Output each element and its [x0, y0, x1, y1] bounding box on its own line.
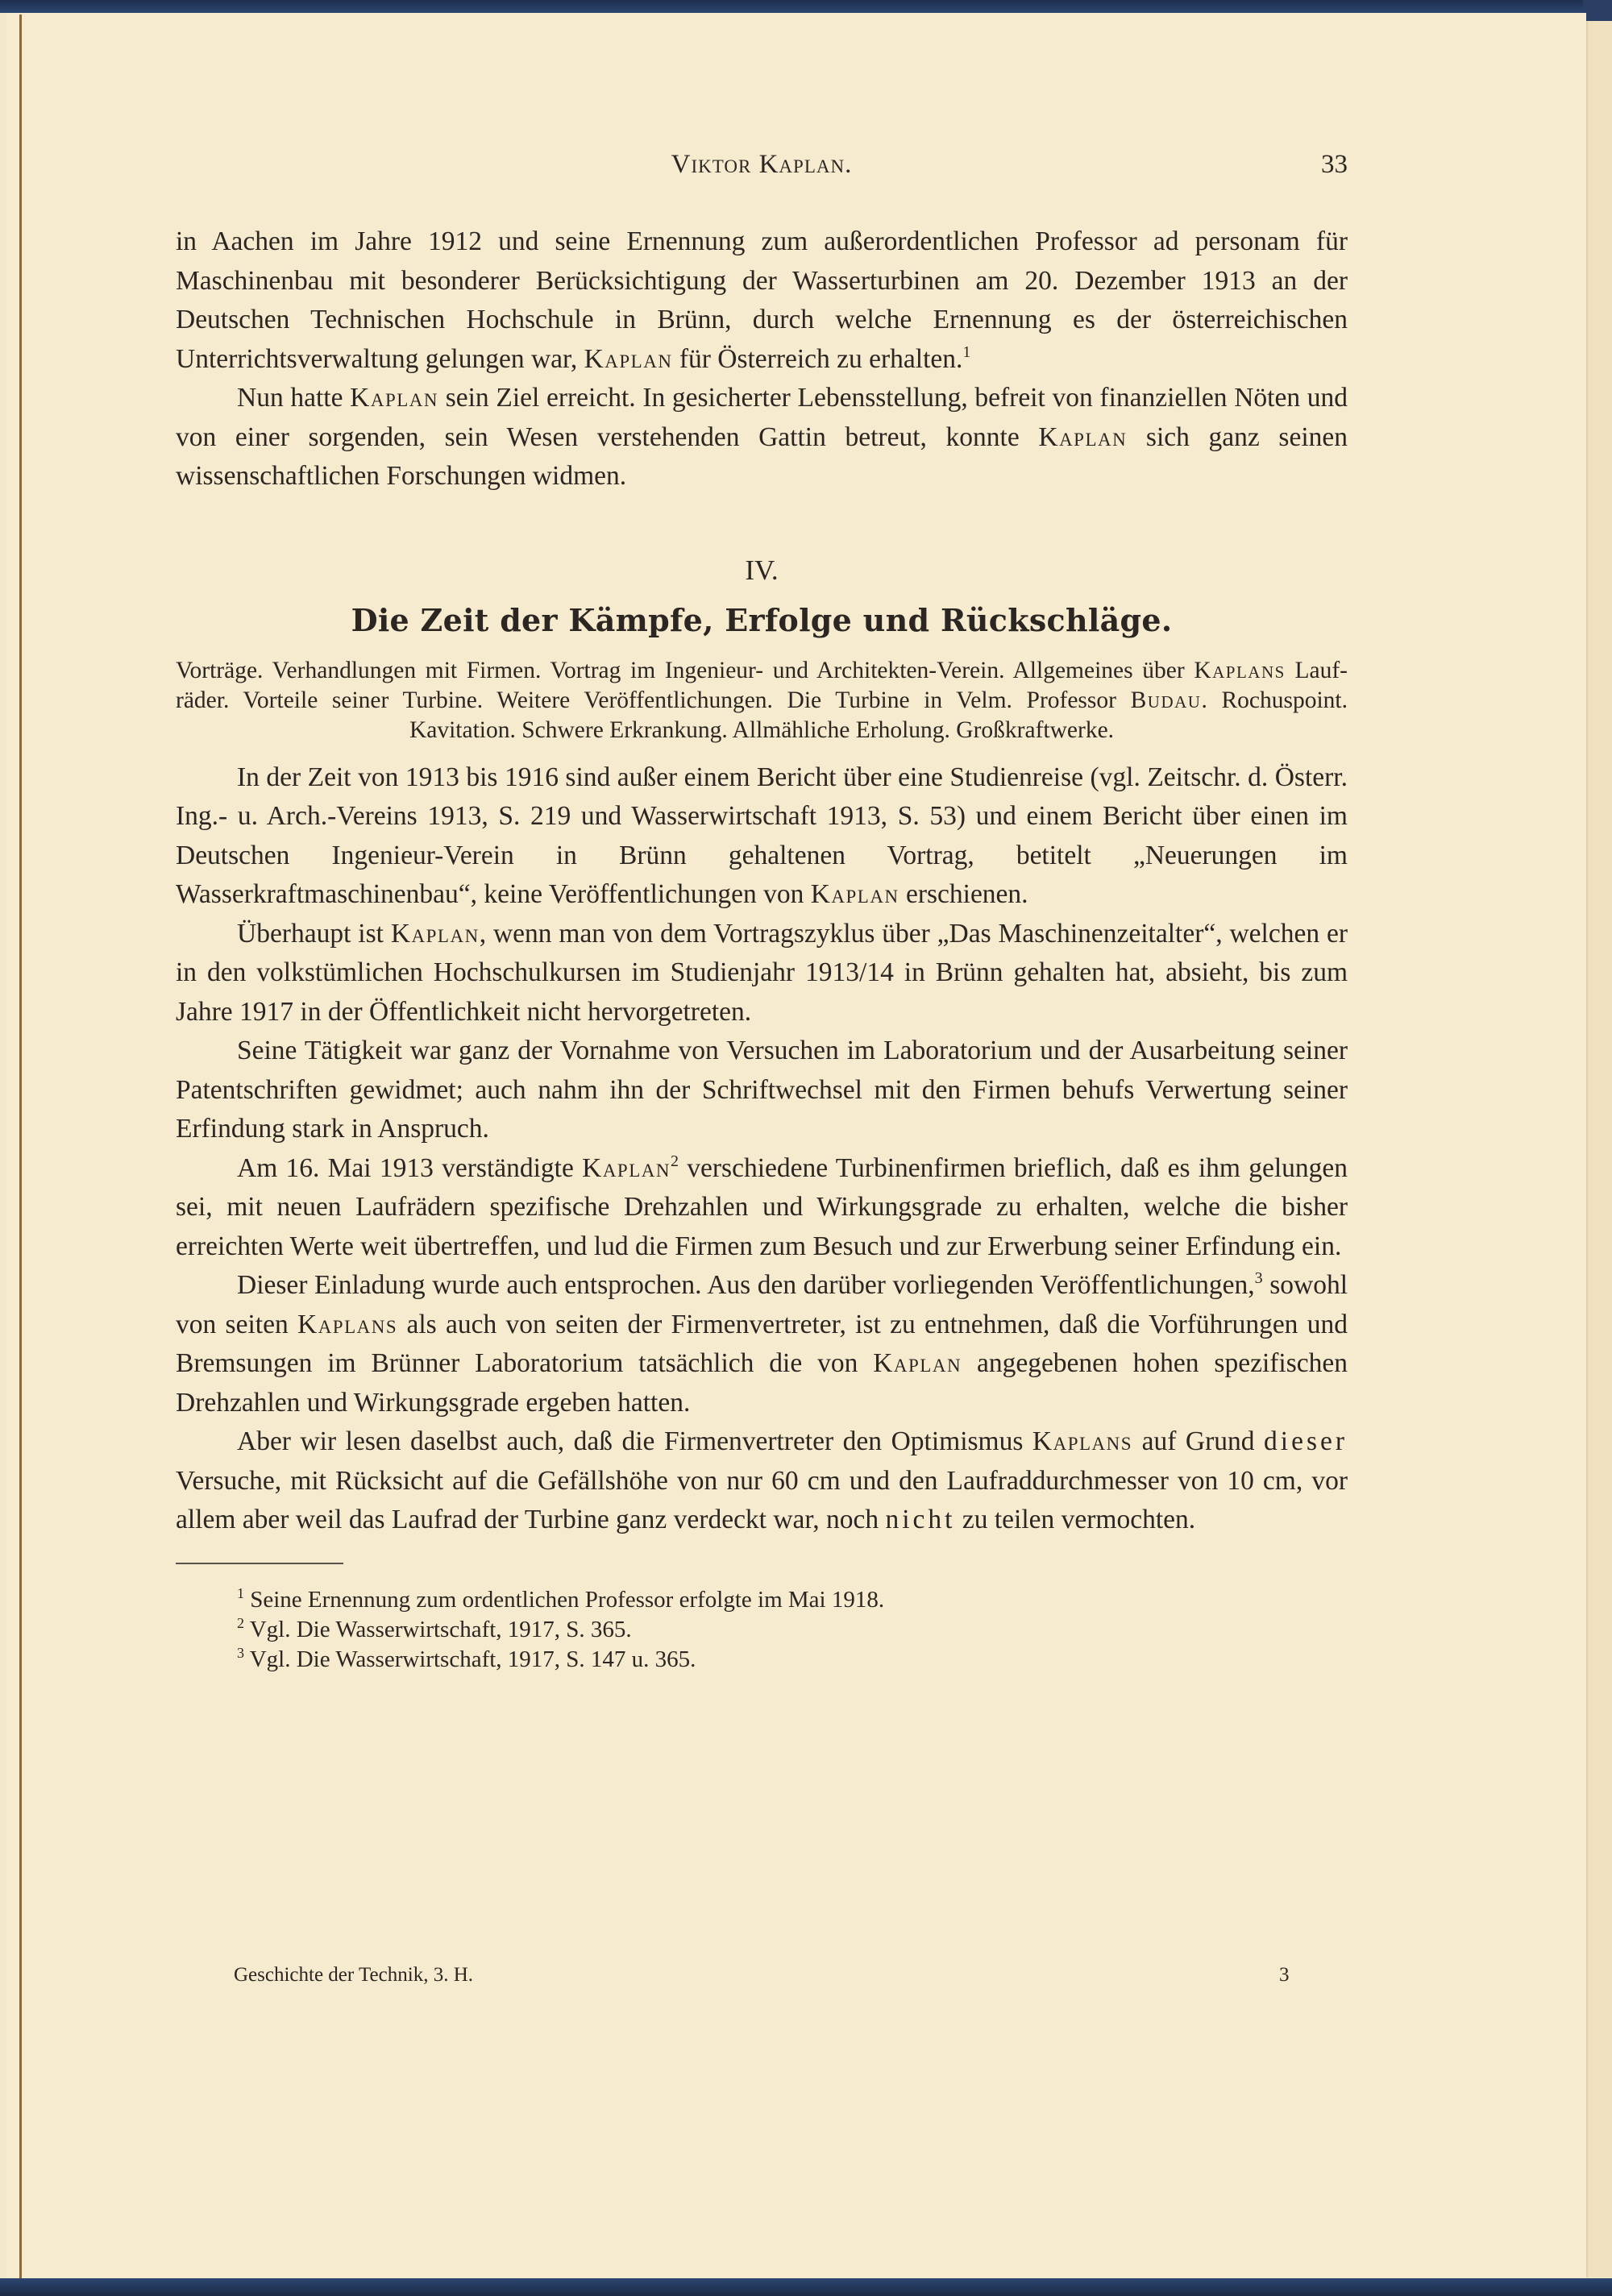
section-number: IV. — [176, 551, 1348, 590]
text-run: erschienen. — [899, 879, 1028, 909]
book-cover-bottom-edge — [0, 2278, 1612, 2296]
footnote-text: Seine Ernennung zum ordentlichen Profess… — [244, 1587, 884, 1613]
text-run: Aber wir lesen daselbst auch, daß die Fi… — [237, 1426, 1032, 1456]
emphasis-spaced: nicht — [886, 1505, 956, 1534]
section-summary: Vorträge. Verhandlungen mit Firmen. Vort… — [176, 656, 1348, 745]
footnote: 3 Vgl. Die Wasserwirtschaft, 1917, S. 14… — [237, 1645, 1348, 1675]
paragraph: Seine Tätigkeit war ganz der Vornahme vo… — [176, 1032, 1348, 1149]
person-name: Kaplan — [391, 919, 480, 949]
footnote-text: Vgl. Die Wasserwirtschaft, 1917, S. 147 … — [244, 1646, 696, 1672]
emphasis-spaced: dieser — [1264, 1426, 1348, 1456]
page-stack-edge — [1586, 21, 1612, 2277]
text-run: für Österreich zu erhalten. — [672, 344, 962, 374]
text-run: Dieser Einladung wurde auch entsprochen.… — [237, 1270, 1255, 1300]
footnote: 2 Vgl. Die Wasserwirtschaft, 1917, S. 36… — [237, 1615, 1348, 1645]
person-name: Kaplans — [1032, 1426, 1132, 1456]
person-name: Kaplan — [1038, 422, 1127, 452]
paragraph: Am 16. Mai 1913 verständigte Kaplan2 ver… — [176, 1149, 1348, 1267]
footnote-mark: 2 — [237, 1615, 244, 1631]
section-body: In der Zeit von 1913 bis 1916 sind außer… — [176, 758, 1348, 1540]
person-name: Kaplan — [350, 383, 438, 413]
person-name: Kaplan — [873, 1348, 962, 1378]
footnote-divider — [176, 1563, 343, 1564]
paragraph: Überhaupt ist Kaplan, wenn man von dem V… — [176, 915, 1348, 1032]
paragraph: In der Zeit von 1913 bis 1916 sind außer… — [176, 758, 1348, 915]
person-name: Kaplan — [584, 344, 673, 374]
summary-name: Budau — [1131, 687, 1202, 713]
text-run: zu teilen vermochten. — [955, 1505, 1195, 1534]
footnote-ref: 1 — [962, 343, 970, 361]
text-run: Überhaupt ist — [237, 919, 391, 949]
text-run: Seine Tätigkeit war ganz der Vornahme vo… — [176, 1036, 1348, 1144]
book-cover-top-edge — [0, 0, 1612, 13]
binding-gutter-line — [19, 15, 22, 2279]
footnote: 1 Seine Ernennung zum ordentlichen Profe… — [237, 1585, 1348, 1615]
paragraph: Aber wir lesen daselbst auch, daß die Fi… — [176, 1422, 1348, 1540]
text-run: Am 16. Mai 1913 verständigte — [237, 1153, 582, 1183]
summary-name: Kaplans — [1194, 658, 1286, 683]
text-run: auf Grund — [1132, 1426, 1264, 1456]
text-run: Nun hatte — [237, 383, 350, 413]
summary-text: Vorträge. Verhandlungen mit Firmen. Vort… — [176, 658, 1194, 683]
running-head-title: Viktor Kaplan. — [176, 150, 1348, 180]
running-head: Viktor Kaplan. 33 — [176, 150, 1348, 182]
signature-text: Geschichte der Technik, 3. H. — [234, 1964, 473, 1987]
paragraph: in Aachen im Jahre 1912 und seine Ernenn… — [176, 222, 1348, 379]
section-heading: Die Zeit der Kämpfe, Erfolge und Rücksch… — [176, 598, 1348, 643]
footnotes: 1 Seine Ernennung zum ordentlichen Profe… — [176, 1585, 1348, 1675]
footnote-ref: 3 — [1255, 1269, 1263, 1287]
person-name: Kaplan — [582, 1153, 671, 1183]
opening-paragraphs: in Aachen im Jahre 1912 und seine Ernenn… — [176, 222, 1348, 496]
page-body: in Aachen im Jahre 1912 und seine Ernenn… — [176, 222, 1348, 1675]
person-name: Kaplan — [811, 879, 899, 909]
footnote-mark: 1 — [237, 1585, 244, 1601]
signature-number: 3 — [1279, 1964, 1290, 1987]
footnote-text: Vgl. Die Wasserwirtschaft, 1917, S. 365. — [244, 1617, 632, 1642]
paragraph: Dieser Einladung wurde auch entsprochen.… — [176, 1266, 1348, 1422]
paragraph: Nun hatte Kaplan sein Ziel erreicht. In … — [176, 379, 1348, 496]
page-number: 33 — [1321, 150, 1348, 180]
person-name: Kaplans — [297, 1310, 397, 1339]
footnote-mark: 3 — [237, 1645, 244, 1661]
text-run: In der Zeit von 1913 bis 1916 sind außer… — [176, 762, 1348, 910]
footnote-ref: 2 — [671, 1152, 679, 1170]
